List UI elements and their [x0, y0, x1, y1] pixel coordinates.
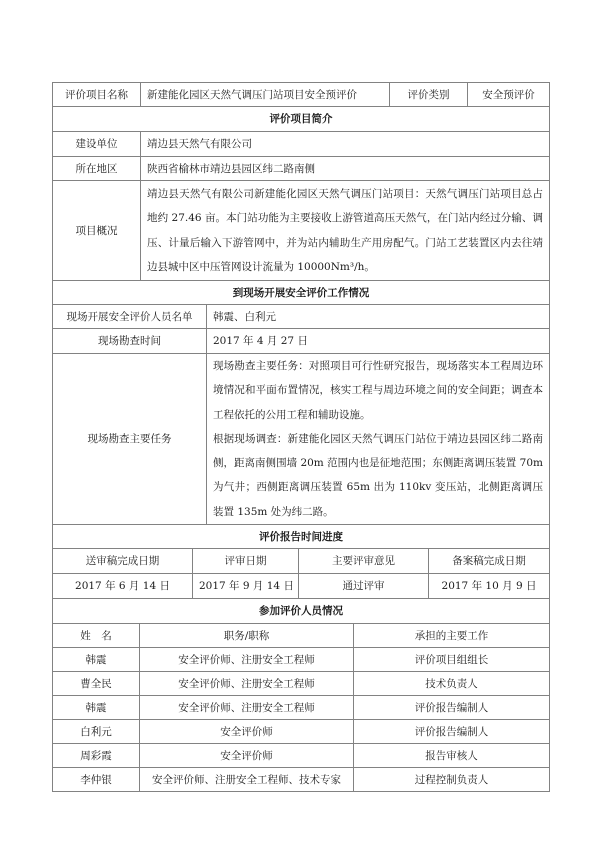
person-duty: 评价项目组组长 — [354, 648, 550, 672]
overview-row: 项目概况 靖边县天然气有限公司新建能化园区天然气调压门站项目：天然气调压门站项目… — [53, 181, 550, 281]
site-work-table: 到现场开展安全评价工作情况 现场开展安全评价人员名单 韩震、白利元 现场勘查时间… — [52, 280, 550, 525]
review-date-value: 2017 年 9 月 14 日 — [193, 574, 299, 599]
site-task-label: 现场勘查主要任务 — [53, 354, 207, 525]
person-title: 安全评价师、注册安全工程师 — [140, 696, 354, 720]
location-value: 陕西省榆林市靖边县园区纬二路南侧 — [141, 157, 550, 181]
person-name: 李仲银 — [53, 768, 140, 792]
site-staff-row: 现场开展安全评价人员名单 韩震、白利元 — [53, 305, 550, 329]
title-column-header: 职务/职称 — [140, 624, 354, 648]
evaluation-category-label: 评价类别 — [390, 83, 468, 107]
table-row: 韩震 安全评价师、注册安全工程师 评价项目组组长 — [53, 648, 550, 672]
person-name: 曹全民 — [53, 672, 140, 696]
schedule-section-title: 评价报告时间进度 — [53, 525, 550, 549]
intro-section-title: 评价项目简介 — [53, 107, 550, 132]
personnel-table: 参加评价人员情况 姓 名 职务/职称 承担的主要工作 韩震 安全评价师、注册安全… — [52, 598, 550, 792]
site-task-value: 现场勘查主要任务：对照项目可行性研究报告，现场落实本工程周边环境情况和平面布置情… — [207, 354, 550, 525]
site-work-section-title: 到现场开展安全评价工作情况 — [53, 281, 550, 305]
builder-row: 建设单位 靖边县天然气有限公司 — [53, 132, 550, 157]
evaluation-info-form: 评价项目名称 新建能化园区天然气调压门站项目安全预评价 评价类别 安全预评价 评… — [52, 82, 549, 792]
project-name-label: 评价项目名称 — [53, 83, 141, 107]
review-opinion-value: 通过评审 — [299, 574, 429, 599]
site-staff-label: 现场开展安全评价人员名单 — [53, 305, 207, 329]
person-title: 安全评价师、注册安全工程师 — [140, 672, 354, 696]
project-name-value: 新建能化园区天然气调压门站项目安全预评价 — [141, 83, 390, 107]
table-row: 白利元 安全评价师 评价报告编制人 — [53, 720, 550, 744]
schedule-table: 评价报告时间进度 送审稿完成日期 评审日期 主要评审意见 备案稿完成日期 201… — [52, 524, 550, 599]
person-duty: 报告审核人 — [354, 744, 550, 768]
site-work-section-header-row: 到现场开展安全评价工作情况 — [53, 281, 550, 305]
person-duty: 技术负责人 — [354, 672, 550, 696]
site-task-row: 现场勘查主要任务 现场勘查主要任务：对照项目可行性研究报告，现场落实本工程周边环… — [53, 354, 550, 525]
name-column-header: 姓 名 — [53, 624, 140, 648]
duty-column-header: 承担的主要工作 — [354, 624, 550, 648]
person-title: 安全评价师 — [140, 720, 354, 744]
schedule-value-row: 2017 年 6 月 14 日 2017 年 9 月 14 日 通过评审 201… — [53, 574, 550, 599]
table-row: 韩震 安全评价师、注册安全工程师 评价报告编制人 — [53, 696, 550, 720]
intro-section-header-row: 评价项目简介 — [53, 107, 550, 132]
person-name: 周彩霞 — [53, 744, 140, 768]
project-info-table: 评价项目名称 新建能化园区天然气调压门站项目安全预评价 评价类别 安全预评价 评… — [52, 82, 550, 281]
person-duty: 评价报告编制人 — [354, 720, 550, 744]
personnel-section-title: 参加评价人员情况 — [53, 599, 550, 624]
builder-value: 靖边县天然气有限公司 — [141, 132, 550, 157]
overview-label: 项目概况 — [53, 181, 141, 281]
filing-date-value: 2017 年 10 月 9 日 — [429, 574, 550, 599]
table-row: 曹全民 安全评价师、注册安全工程师 技术负责人 — [53, 672, 550, 696]
location-row: 所在地区 陕西省榆林市靖边县园区纬二路南侧 — [53, 157, 550, 181]
schedule-section-header-row: 评价报告时间进度 — [53, 525, 550, 549]
schedule-header-row: 送审稿完成日期 评审日期 主要评审意见 备案稿完成日期 — [53, 549, 550, 574]
person-name: 白利元 — [53, 720, 140, 744]
filing-date-header: 备案稿完成日期 — [429, 549, 550, 574]
person-title: 安全评价师、注册安全工程师 — [140, 648, 354, 672]
site-date-row: 现场勘查时间 2017 年 4 月 27 日 — [53, 329, 550, 354]
site-staff-value: 韩震、白利元 — [207, 305, 550, 329]
site-task-paragraph: 现场勘查主要任务：对照项目可行性研究报告，现场落实本工程周边环境情况和平面布置情… — [213, 354, 543, 427]
submission-date-header: 送审稿完成日期 — [53, 549, 193, 574]
submission-date-value: 2017 年 6 月 14 日 — [53, 574, 193, 599]
person-name: 韩震 — [53, 696, 140, 720]
person-name: 韩震 — [53, 648, 140, 672]
site-date-value: 2017 年 4 月 27 日 — [207, 329, 550, 354]
person-duty: 评价报告编制人 — [354, 696, 550, 720]
review-date-header: 评审日期 — [193, 549, 299, 574]
personnel-section-header-row: 参加评价人员情况 — [53, 599, 550, 624]
personnel-header-row: 姓 名 职务/职称 承担的主要工作 — [53, 624, 550, 648]
overview-value: 靖边县天然气有限公司新建能化园区天然气调压门站项目：天然气调压门站项目总占地约 … — [141, 181, 550, 281]
review-opinion-header: 主要评审意见 — [299, 549, 429, 574]
evaluation-category-value: 安全预评价 — [468, 83, 550, 107]
builder-label: 建设单位 — [53, 132, 141, 157]
person-duty: 过程控制负责人 — [354, 768, 550, 792]
location-label: 所在地区 — [53, 157, 141, 181]
table-row: 李仲银 安全评价师、注册安全工程师、技术专家 过程控制负责人 — [53, 768, 550, 792]
site-date-label: 现场勘查时间 — [53, 329, 207, 354]
person-title: 安全评价师、注册安全工程师、技术专家 — [140, 768, 354, 792]
table-row: 周彩霞 安全评价师 报告审核人 — [53, 744, 550, 768]
site-task-paragraph: 根据现场调查：新建能化园区天然气调压门站位于靖边县园区纬二路南侧，距离南侧围墙 … — [213, 427, 543, 524]
project-name-row: 评价项目名称 新建能化园区天然气调压门站项目安全预评价 评价类别 安全预评价 — [53, 83, 550, 107]
person-title: 安全评价师 — [140, 744, 354, 768]
